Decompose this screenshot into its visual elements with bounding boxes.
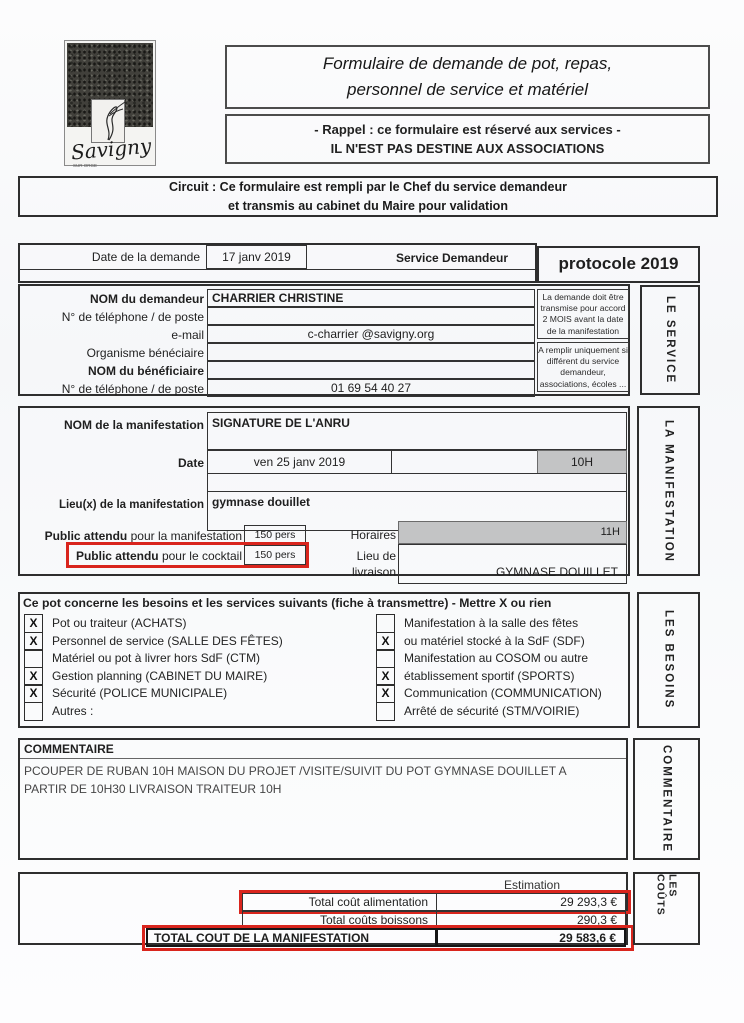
- field-value-telephone-2: 01 69 54 40 27: [207, 379, 535, 397]
- commentaire-title-divider: [20, 758, 626, 759]
- checkbox-gestion-planning: X: [24, 667, 43, 686]
- commentaire-text: PCOUPER DE RUBAN 10H MAISON DU PROJET /V…: [24, 762, 584, 798]
- rappel-line1: - Rappel : ce formulaire est réservé aux…: [227, 120, 708, 140]
- livraison-label: Lieu de livraison: [318, 548, 396, 580]
- manif-nom-value: SIGNATURE DE L'ANRU: [208, 413, 626, 432]
- commentaire-box: COMMENTAIRE PCOUPER DE RUBAN 10H MAISON …: [18, 738, 628, 860]
- field-label-telephone-1: N° de téléphone / de poste: [20, 308, 204, 326]
- section-label-les-besoins: LES BESOINS: [637, 592, 700, 728]
- date-demande-field: 17 janv 2019: [206, 245, 307, 269]
- manif-empty-row: [207, 473, 627, 492]
- cout-alimentation-label: Total coût alimentation: [242, 893, 437, 911]
- section-label-commentaire: COMMENTAIRE: [633, 738, 700, 860]
- rappel-box: - Rappel : ce formulaire est réservé aux…: [225, 114, 710, 164]
- besoins-item-label: Manifestation au COSOM ou autre: [404, 649, 602, 667]
- besoins-right-labels: Manifestation à la salle des fêtes ou ma…: [404, 614, 602, 719]
- livraison-field: GYMNASE DOUILLET: [398, 544, 627, 584]
- besoins-item-label: Personnel de service (SALLE DES FÊTES): [52, 632, 283, 650]
- public-manif-count: 150 pers: [244, 525, 306, 545]
- besoins-item-label: ou matériel stocké à la SdF (SDF): [404, 632, 602, 650]
- public-cocktail-label: Public attendu pour le cocktail: [20, 547, 242, 565]
- besoins-item-label: Pot ou traiteur (ACHATS): [52, 614, 283, 632]
- besoins-title: Ce pot concerne les besoins et les servi…: [23, 596, 551, 610]
- field-label-nom-beneficiaire: NOM du bénéficiaire: [20, 362, 204, 380]
- besoins-item-label: Matériel ou pot à livrer hors SdF (CTM): [52, 649, 283, 667]
- cout-total-value: 29 583,6 €: [436, 928, 626, 947]
- circuit-line1: Circuit : Ce formulaire est rempli par l…: [20, 178, 716, 197]
- form-title-line2: personnel de service et matériel: [227, 77, 708, 103]
- besoins-item-label: Autres :: [52, 702, 283, 720]
- form-title-line1: Formulaire de demande de pot, repas,: [227, 51, 708, 77]
- cout-boissons-value: 290,3 €: [436, 911, 626, 928]
- field-label-email: e-mail: [20, 326, 204, 344]
- manif-nom-label: NOM de la manifestation: [20, 416, 204, 434]
- protocole-value: protocole 2019: [539, 248, 698, 280]
- date-demande-label: Date de la demande: [20, 248, 203, 266]
- couts-box: Estimation Total coût alimentation 29 29…: [18, 872, 628, 945]
- service-note-delai: La demande doit être transmise pour acco…: [537, 289, 629, 339]
- checkbox-arrete-securite: [376, 702, 395, 721]
- besoins-right-checkboxes: X X X: [376, 614, 395, 721]
- scanned-form-page: Savigny SUR ORGE Formulaire de demande d…: [0, 0, 744, 1023]
- checkbox-etablissement-sportif: X: [376, 667, 395, 686]
- manif-lieu-label: Lieu(x) de la manifestation: [20, 496, 204, 514]
- rappel-line2: IL N'EST PAS DESTINE AUX ASSOCIATIONS: [227, 139, 708, 159]
- field-label-organisme: Organisme bénéciaire: [20, 344, 204, 362]
- logo-wordmark: Savigny: [65, 137, 157, 161]
- service-fields-box: NOM du demandeur N° de téléphone / de po…: [18, 284, 630, 396]
- field-value-nom-demandeur: CHARRIER CHRISTINE: [207, 289, 535, 307]
- estimation-header: Estimation: [437, 878, 627, 892]
- protocole-box: protocole 2019: [537, 246, 700, 283]
- manif-lieu-value: gymnase douillet: [208, 492, 626, 511]
- checkbox-cosom: [376, 649, 395, 668]
- public-manif-label: Public attendu pour la manifestation: [20, 527, 242, 545]
- manifestation-box: NOM de la manifestation SIGNATURE DE L'A…: [18, 406, 630, 576]
- besoins-item-label: Manifestation à la salle des fêtes: [404, 614, 602, 632]
- circuit-box: Circuit : Ce formulaire est rempli par l…: [18, 176, 718, 217]
- livraison-value: GYMNASE DOUILLET: [399, 545, 626, 581]
- field-value-email: c-charrier @savigny.org: [207, 325, 535, 343]
- service-demandeur-label: Service Demandeur: [372, 249, 532, 267]
- cout-total-label: TOTAL COUT DE LA MANIFESTATION: [146, 928, 437, 947]
- public-cocktail-count: 150 pers: [244, 545, 306, 565]
- manif-time-cell: 10H: [537, 450, 627, 474]
- besoins-left-labels: Pot ou traiteur (ACHATS) Personnel de se…: [52, 614, 283, 719]
- checkbox-autres: [24, 702, 43, 721]
- besoins-item-label: Gestion planning (CABINET DU MAIRE): [52, 667, 283, 685]
- form-title-box: Formulaire de demande de pot, repas, per…: [225, 45, 710, 109]
- checkbox-materiel-hors-sdf: [24, 649, 43, 668]
- checkbox-personnel-service: X: [24, 632, 43, 651]
- circuit-line2: et transmis au cabinet du Maire pour val…: [20, 197, 716, 216]
- checkbox-materiel-sdf: X: [376, 632, 395, 651]
- cout-boissons-label: Total coûts boissons: [242, 911, 437, 928]
- section-label-la-manifestation: LA MANIFESTATION: [637, 406, 700, 576]
- field-label-nom-demandeur: NOM du demandeur: [20, 290, 204, 308]
- besoins-item-label: Sécurité (POLICE MUNICIPALE): [52, 684, 283, 702]
- horaires-label: Horaires: [318, 526, 396, 544]
- field-value-organisme: [207, 343, 535, 361]
- commentaire-title: COMMENTAIRE: [24, 742, 114, 756]
- field-label-telephone-2: N° de téléphone / de poste: [20, 380, 204, 398]
- besoins-left-checkboxes: X X X X: [24, 614, 43, 721]
- manif-date-label: Date: [20, 454, 204, 472]
- checkbox-salle-des-fetes: [376, 614, 395, 633]
- besoins-box: Ce pot concerne les besoins et les servi…: [18, 592, 630, 728]
- field-value-nom-beneficiaire: [207, 361, 535, 379]
- checkbox-communication: X: [376, 684, 395, 703]
- manif-date-field: ven 25 janv 2019: [207, 450, 392, 474]
- manif-nom-field: SIGNATURE DE L'ANRU: [207, 412, 627, 450]
- checkbox-securite: X: [24, 684, 43, 703]
- horaires-bar: 11H: [398, 521, 627, 544]
- cout-alimentation-value: 29 293,3 €: [436, 893, 626, 911]
- besoins-item-label: Communication (COMMUNICATION): [404, 684, 602, 702]
- besoins-item-label: Arrêté de sécurité (STM/VOIRIE): [404, 702, 602, 720]
- besoins-item-label: établissement sportif (SPORTS): [404, 667, 602, 685]
- checkbox-pot-traiteur: X: [24, 614, 43, 633]
- section-label-les-couts: LES COÛTS: [633, 872, 700, 945]
- city-logo: Savigny SUR ORGE: [64, 40, 156, 166]
- service-note-remplir: A remplir uniquement si différent du ser…: [537, 342, 629, 392]
- logo-subtext: SUR ORGE: [73, 163, 97, 168]
- service-header-divider: [20, 269, 535, 270]
- field-value-telephone-1: [207, 307, 535, 325]
- service-header-box: Date de la demande 17 janv 2019 Service …: [18, 243, 537, 283]
- section-label-le-service: LE SERVICE: [640, 285, 700, 395]
